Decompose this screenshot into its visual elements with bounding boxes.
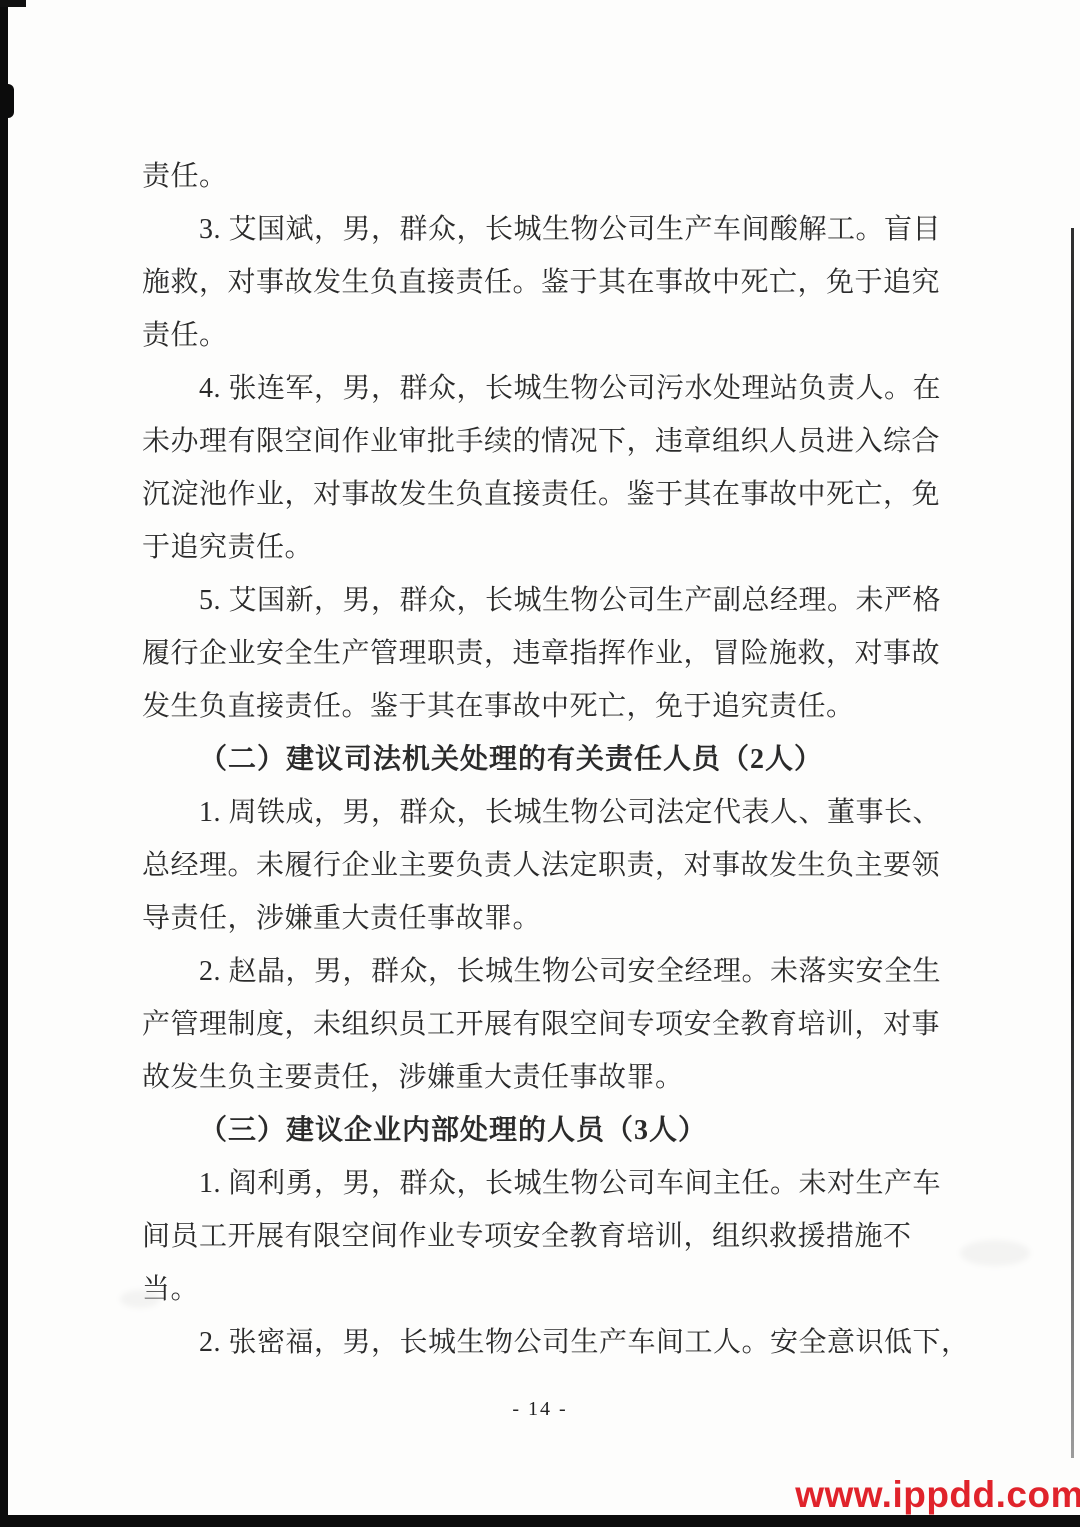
text-line: 当。 <box>142 1263 938 1316</box>
text-line: 发生负直接责任。鉴于其在事故中死亡，免于追究责任。 <box>142 680 938 733</box>
text-line: 于追究责任。 <box>142 521 938 574</box>
text-line: 履行企业安全生产管理职责，违章指挥作业，冒险施救，对事故 <box>142 627 938 680</box>
page-number: - 14 - <box>0 1398 1080 1421</box>
text-line: 施救，对事故发生负直接责任。鉴于其在事故中死亡，免于追究 <box>142 256 938 309</box>
scan-edge-left <box>0 0 8 1527</box>
scan-edge-left-nub <box>0 84 14 118</box>
text-line: 1. 周铁成，男，群众，长城生物公司法定代表人、董事长、 <box>142 786 938 839</box>
scan-edge-bottom <box>0 1515 1080 1527</box>
watermark-url: www.ippdd.com <box>795 1476 1080 1513</box>
scan-corner-mark <box>0 0 26 7</box>
text-line: 未办理有限空间作业审批手续的情况下，违章组织人员进入综合 <box>142 415 938 468</box>
text-line: 责任。 <box>142 309 938 362</box>
text-line: 故发生负主要责任，涉嫌重大责任事故罪。 <box>142 1051 938 1104</box>
text-line: 责任。 <box>142 150 938 203</box>
text-line: 4. 张连军，男，群众，长城生物公司污水处理站负责人。在 <box>142 362 938 415</box>
scan-edge-right-line <box>1071 228 1074 1458</box>
text-line: 总经理。未履行企业主要负责人法定职责，对事故发生负主要领 <box>142 839 938 892</box>
text-line: 1. 阎利勇，男，群众，长城生物公司车间主任。未对生产车 <box>142 1157 938 1210</box>
scan-smudge <box>960 1240 1030 1266</box>
text-line: 导责任，涉嫌重大责任事故罪。 <box>142 892 938 945</box>
text-line: 沉淀池作业，对事故发生负直接责任。鉴于其在事故中死亡，免 <box>142 468 938 521</box>
text-line: 2. 赵晶，男，群众，长城生物公司安全经理。未落实安全生 <box>142 945 938 998</box>
scanned-document-page: 责任。3. 艾国斌，男，群众，长城生物公司生产车间酸解工。盲目施救，对事故发生负… <box>0 0 1080 1527</box>
document-body: 责任。3. 艾国斌，男，群众，长城生物公司生产车间酸解工。盲目施救，对事故发生负… <box>142 150 938 1369</box>
section-heading: （二）建议司法机关处理的有关责任人员（2人） <box>142 733 938 786</box>
text-line: 间员工开展有限空间作业专项安全教育培训，组织救援措施不 <box>142 1210 938 1263</box>
text-line: 产管理制度，未组织员工开展有限空间专项安全教育培训，对事 <box>142 998 938 1051</box>
section-heading: （三）建议企业内部处理的人员（3人） <box>142 1104 938 1157</box>
text-line: 2. 张密福，男，长城生物公司生产车间工人。安全意识低下， <box>142 1316 938 1369</box>
text-line: 5. 艾国新，男，群众，长城生物公司生产副总经理。未严格 <box>142 574 938 627</box>
text-line: 3. 艾国斌，男，群众，长城生物公司生产车间酸解工。盲目 <box>142 203 938 256</box>
